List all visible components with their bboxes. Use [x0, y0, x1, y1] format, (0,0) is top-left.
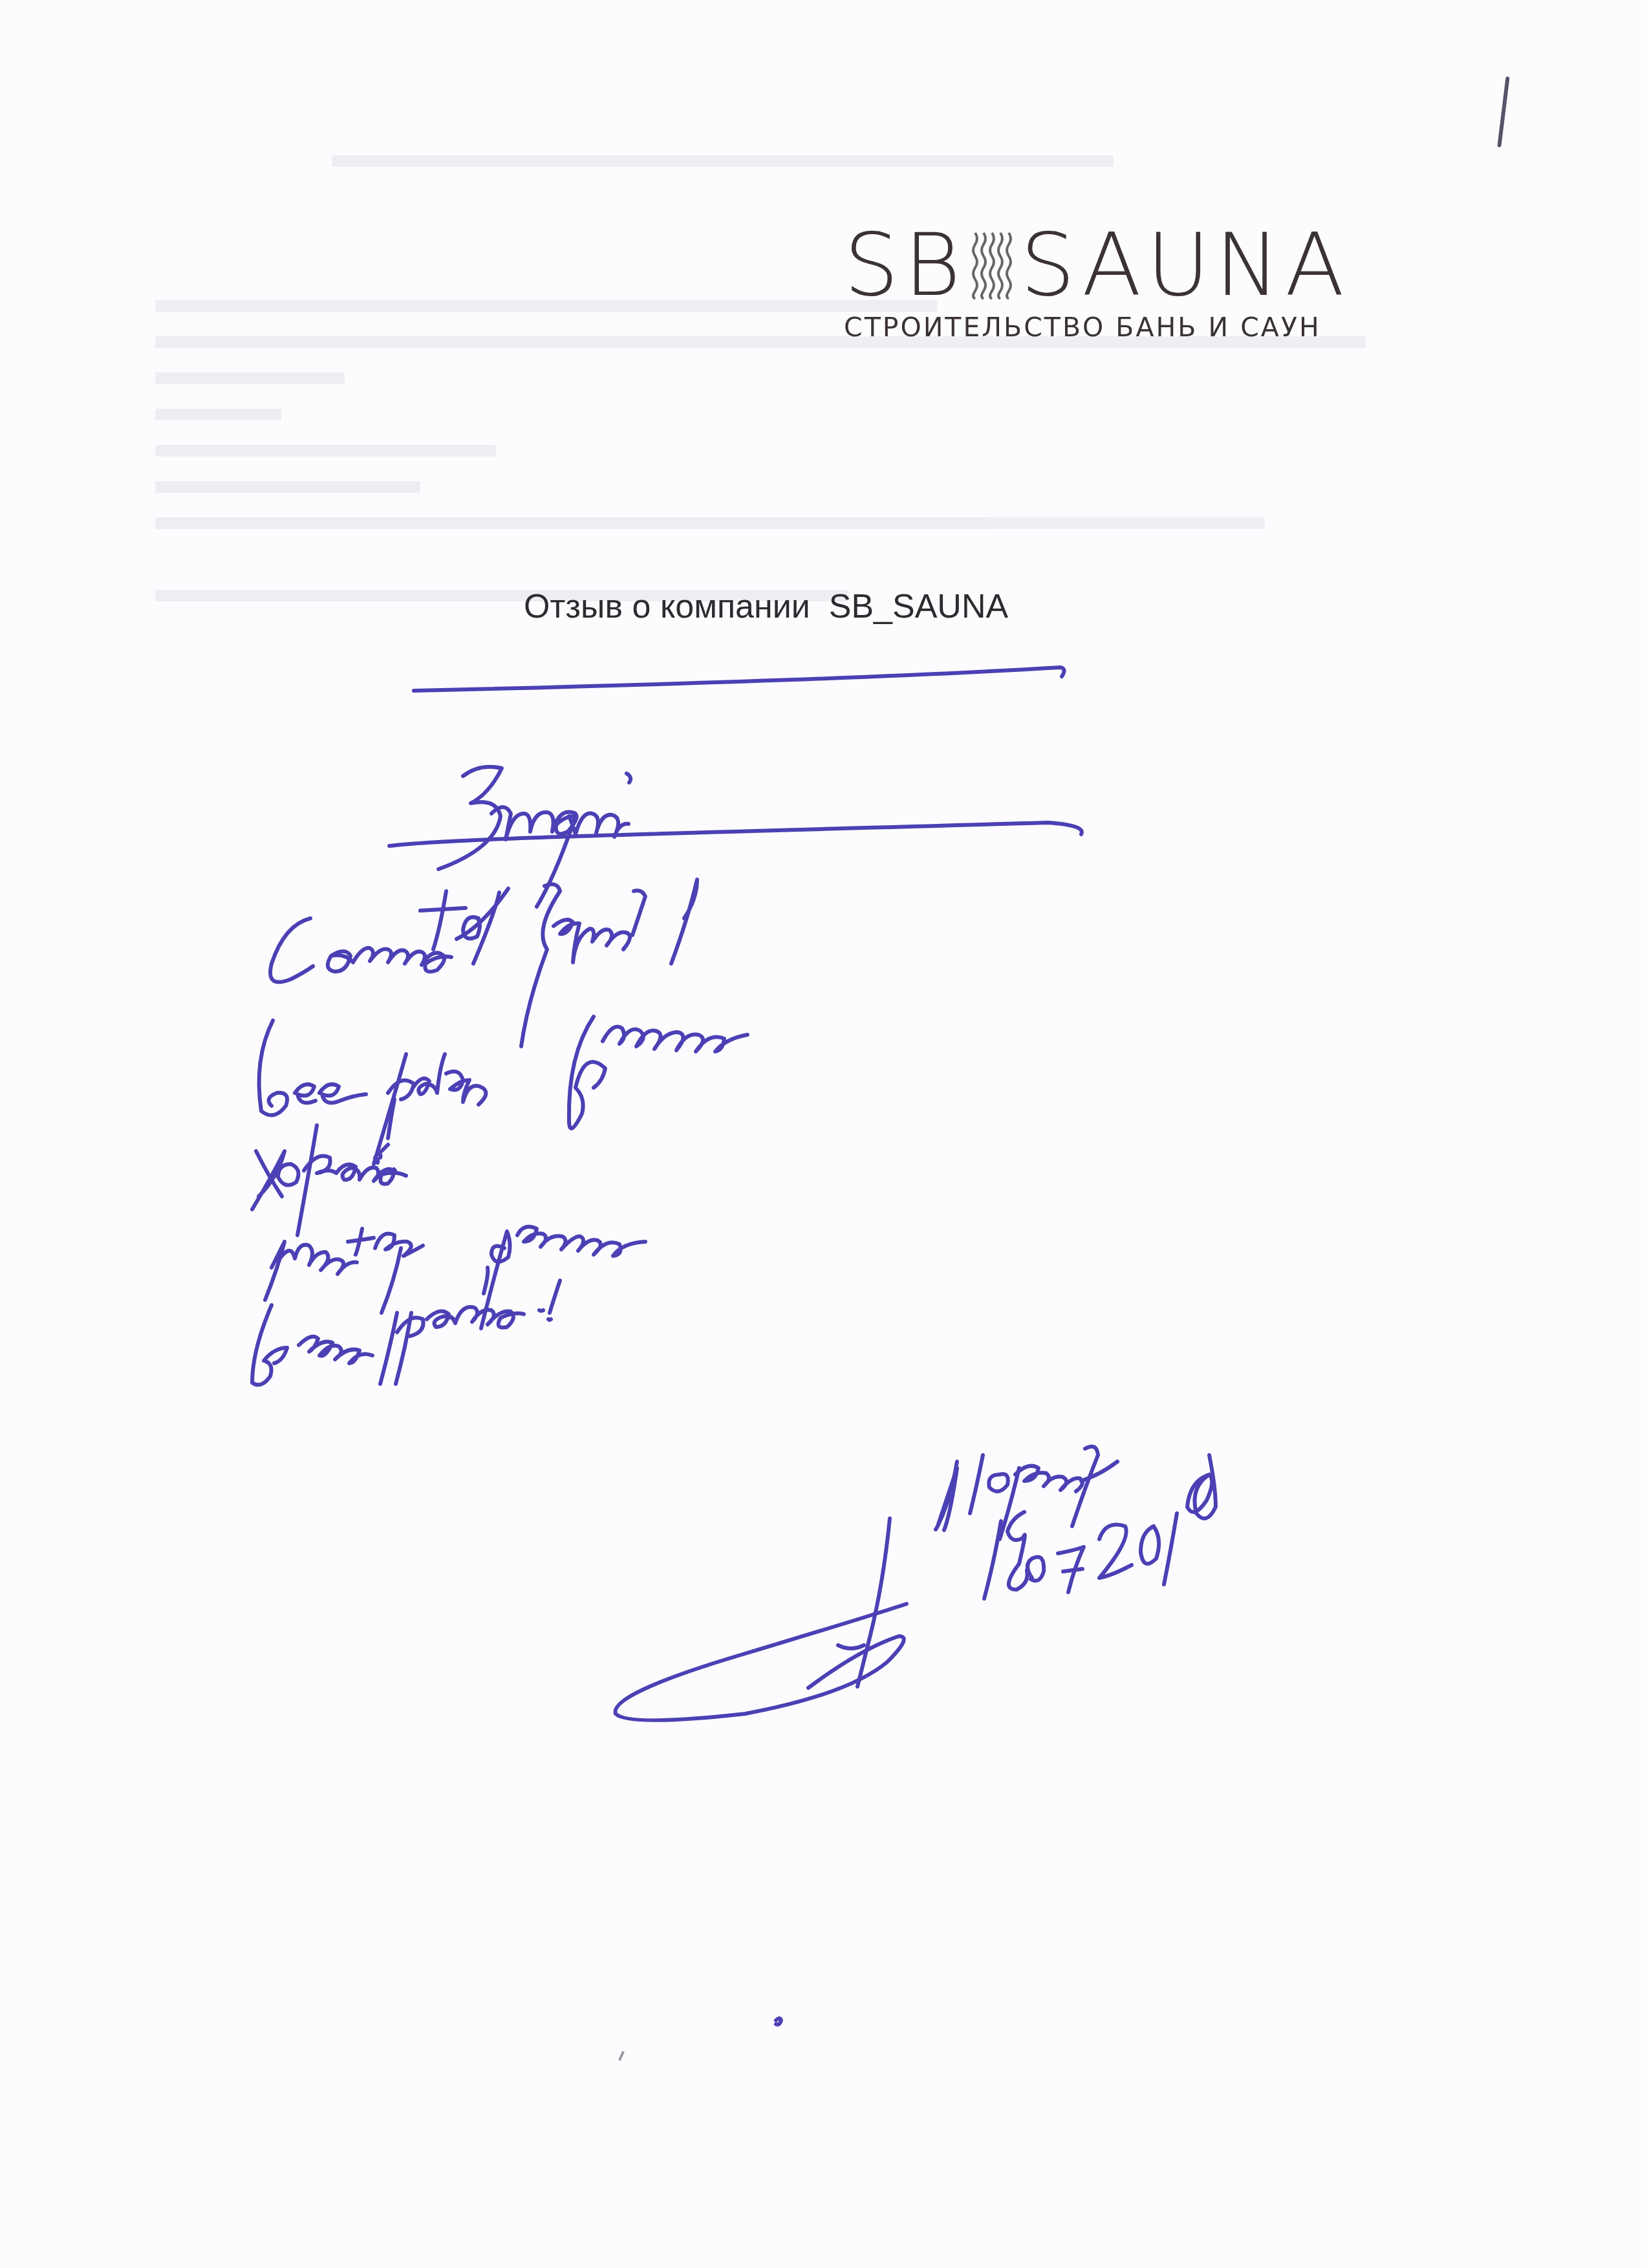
- handwritten-line-5: [252, 1268, 560, 1385]
- page-title: Отзыв о компании SB_SAUNA: [524, 587, 1008, 626]
- handwritten-heading: [438, 767, 630, 907]
- handwritten-line-1: [270, 880, 697, 1046]
- steam-waves-icon: [971, 230, 1014, 300]
- logo-brand-right: SAUNA: [1020, 226, 1350, 304]
- heading-underline: [389, 823, 1082, 846]
- handwritten-line-3: [252, 1099, 406, 1235]
- document-page: SB SAUNA СТРОИТЕЛЬСТВО БАНЬ И САУН Отзыв…: [0, 0, 1647, 2268]
- handwritten-signature-name: [936, 1447, 1117, 1539]
- ink-dot: [776, 2018, 781, 2024]
- pen-mark: [1497, 76, 1509, 147]
- handwritten-line-4: [265, 1227, 645, 1328]
- signature-scrawl: [616, 1518, 907, 1720]
- signature-date-text: 1507 2018: [0, 0, 1, 1]
- logo-tagline: СТРОИТЕЛЬСТВО БАНЬ И САУН: [844, 312, 1413, 343]
- handwritten-date: [984, 1455, 1216, 1599]
- handwritten-line-2: [259, 1017, 748, 1164]
- company-logo: SB SAUNA СТРОИТЕЛЬСТВО БАНЬ И САУН: [844, 226, 1413, 343]
- logo-brand-left: SB: [844, 226, 966, 304]
- title-underline: [414, 667, 1064, 691]
